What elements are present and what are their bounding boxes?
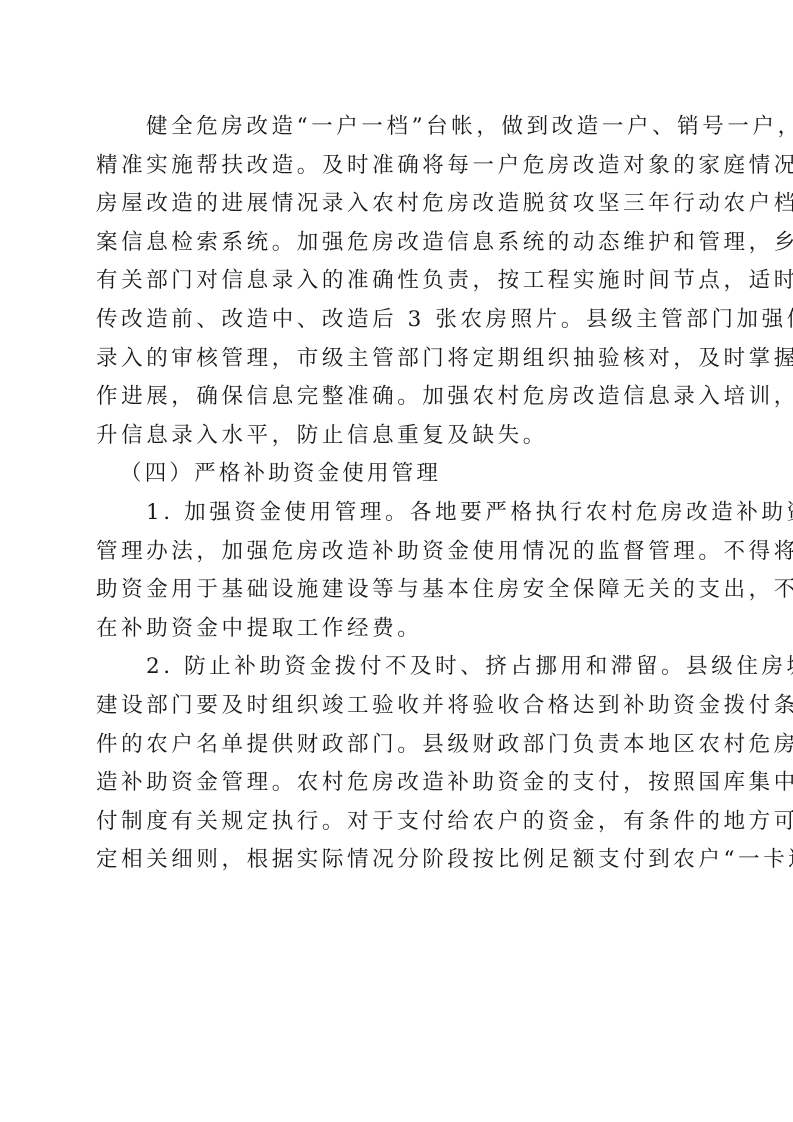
paragraph-line: 有关部门对信息录入的准确性负责，按工程实施时间节点，适时上 xyxy=(96,262,708,301)
paragraph-line: 管理办法，加强危房改造补助资金使用情况的监督管理。不得将补 xyxy=(96,533,708,572)
section-heading: （四）严格补助资金使用管理 xyxy=(96,455,708,494)
paragraph-line: 付制度有关规定执行。对于支付给农户的资金，有条件的地方可制 xyxy=(96,803,708,842)
paragraph-line: 健全危房改造“一户一档”台帐，做到改造一户、销号一户， xyxy=(96,108,708,147)
paragraph-line: 助资金用于基础设施建设等与基本住房安全保障无关的支出，不得 xyxy=(96,571,708,610)
paragraph-line: 精准实施帮扶改造。及时准确将每一户危房改造对象的家庭情况、 xyxy=(96,147,708,186)
paragraph-line: 定相关细则，根据实际情况分阶段按比例足额支付到农户“一卡通” xyxy=(96,841,708,880)
paragraph-line: 录入的审核管理，市级主管部门将定期组织抽验核对，及时掌握工 xyxy=(96,340,708,379)
paragraph-line: 造补助资金管理。农村危房改造补助资金的支付，按照国库集中支 xyxy=(96,764,708,803)
paragraph-line: 房屋改造的进展情况录入农村危房改造脱贫攻坚三年行动农户档 xyxy=(96,185,708,224)
paragraph-line: 1. 加强资金使用管理。各地要严格执行农村危房改造补助资金 xyxy=(96,494,708,533)
paragraph-line: 传改造前、改造中、改造后 3 张农房照片。县级主管部门加强信息 xyxy=(96,301,708,340)
paragraph-line: 在补助资金中提取工作经费。 xyxy=(96,610,708,649)
paragraph-line: 件的农户名单提供财政部门。县级财政部门负责本地区农村危房改 xyxy=(96,726,708,765)
paragraph-line: 升信息录入水平，防止信息重复及缺失。 xyxy=(96,417,708,456)
paragraph-line: 建设部门要及时组织竣工验收并将验收合格达到补助资金拨付条 xyxy=(96,687,708,726)
document-page: 健全危房改造“一户一档”台帐，做到改造一户、销号一户， 精准实施帮扶改造。及时准… xyxy=(0,0,793,1122)
paragraph-line: 作进展，确保信息完整准确。加强农村危房改造信息录入培训，提 xyxy=(96,378,708,417)
paragraph-line: 案信息检索系统。加强危房改造信息系统的动态维护和管理，乡镇 xyxy=(96,224,708,263)
paragraph-line: 2. 防止补助资金拨付不及时、挤占挪用和滞留。县级住房城乡 xyxy=(96,648,708,687)
document-body: 健全危房改造“一户一档”台帐，做到改造一户、销号一户， 精准实施帮扶改造。及时准… xyxy=(96,108,708,880)
